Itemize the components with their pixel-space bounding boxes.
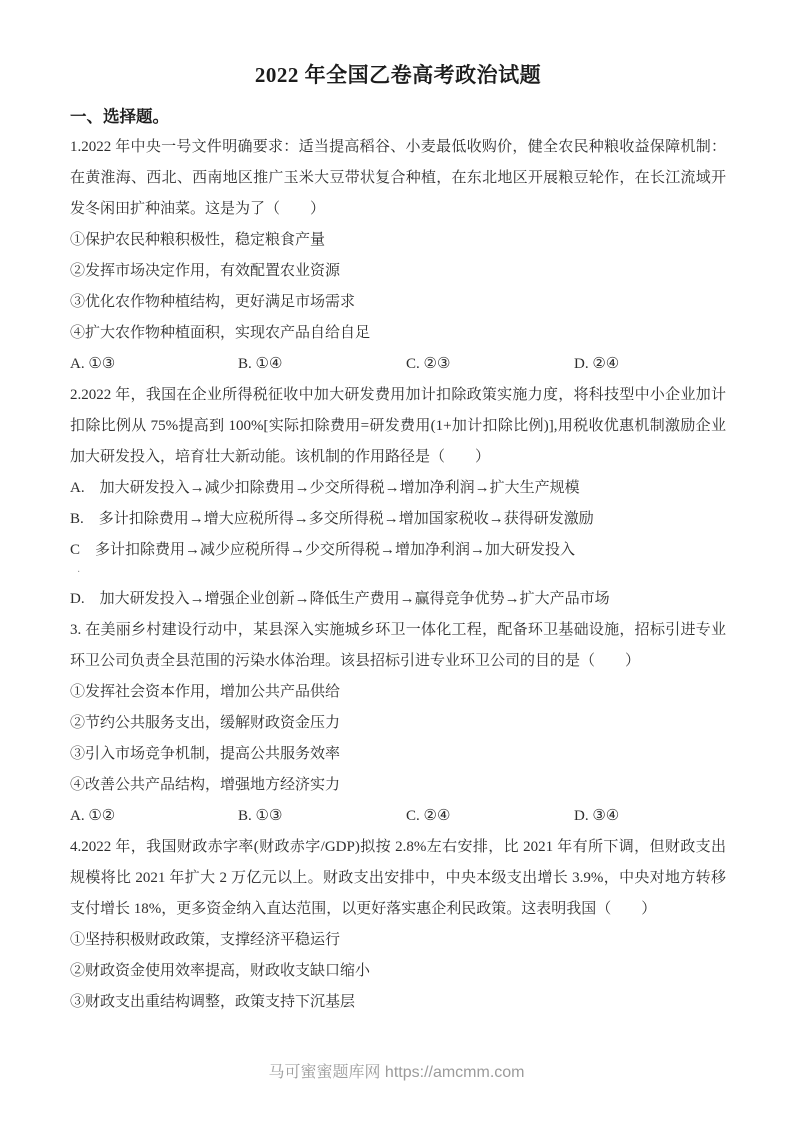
question-3-statement-3: ③引入市场竞争机制，提高公共服务效率 xyxy=(70,739,726,770)
document-content: 2022 年全国乙卷高考政治试题 一、选择题。 1.2022 年中央一号文件明确… xyxy=(70,0,726,1018)
scan-artifact-mark: · xyxy=(70,566,726,584)
section-heading: 一、选择题。 xyxy=(70,102,726,132)
question-1-choice-b: B. ①④ xyxy=(238,349,406,380)
question-2-choice-d: D. 加大研发投入→增强企业创新→降低生产费用→赢得竞争优势→扩大产品市场 xyxy=(70,584,726,615)
question-1-choice-c: C. ②③ xyxy=(406,349,574,380)
question-1-choices: A. ①③ B. ①④ C. ②③ D. ②④ xyxy=(70,349,726,380)
question-2-choice-b: B. 多计扣除费用→增大应税所得→多交所得税→增加国家税收→获得研发激励 xyxy=(70,504,726,535)
question-4-statement-2: ②财政资金使用效率提高，财政收支缺口缩小 xyxy=(70,956,726,987)
question-3-statement-2: ②节约公共服务支出，缓解财政资金压力 xyxy=(70,708,726,739)
question-2-stem: 2.2022 年，我国在企业所得税征收中加大研发费用加计扣除政策实施力度，将科技… xyxy=(70,380,726,473)
question-3-choice-c: C. ②④ xyxy=(406,801,574,832)
question-1-choice-a: A. ①③ xyxy=(70,349,238,380)
exam-document-page: 2022 年全国乙卷高考政治试题 一、选择题。 1.2022 年中央一号文件明确… xyxy=(0,0,793,1122)
question-1: 1.2022 年中央一号文件明确要求：适当提高稻谷、小麦最低收购价，健全农民种粮… xyxy=(70,132,726,380)
question-3-stem: 3. 在美丽乡村建设行动中，某县深入实施城乡环卫一体化工程，配备环卫基础设施，招… xyxy=(70,615,726,677)
question-4-statement-1: ①坚持积极财政政策，支撑经济平稳运行 xyxy=(70,925,726,956)
question-3-statement-1: ①发挥社会资本作用，增加公共产品供给 xyxy=(70,677,726,708)
question-2-choice-a: A. 加大研发投入→减少扣除费用→少交所得税→增加净利润→扩大生产规模 xyxy=(70,473,726,504)
question-4: 4.2022 年，我国财政赤字率(财政赤字/GDP)拟按 2.8%左右安排，比 … xyxy=(70,832,726,1018)
question-1-stem: 1.2022 年中央一号文件明确要求：适当提高稻谷、小麦最低收购价，健全农民种粮… xyxy=(70,132,726,225)
question-3-choice-d: D. ③④ xyxy=(574,801,726,832)
question-1-statement-2: ②发挥市场决定作用，有效配置农业资源 xyxy=(70,256,726,287)
watermark-footer: 马可蜜蜜题库网 https://amcmm.com xyxy=(0,1062,793,1084)
question-3-choice-b: B. ①③ xyxy=(238,801,406,832)
question-1-choice-d: D. ②④ xyxy=(574,349,726,380)
question-3-statement-4: ④改善公共产品结构，增强地方经济实力 xyxy=(70,770,726,801)
question-3-choice-a: A. ①② xyxy=(70,801,238,832)
question-4-stem: 4.2022 年，我国财政赤字率(财政赤字/GDP)拟按 2.8%左右安排，比 … xyxy=(70,832,726,925)
page-title: 2022 年全国乙卷高考政治试题 xyxy=(70,60,726,90)
question-1-statement-3: ③优化农作物种植结构，更好满足市场需求 xyxy=(70,287,726,318)
question-3-choices: A. ①② B. ①③ C. ②④ D. ③④ xyxy=(70,801,726,832)
question-2: 2.2022 年，我国在企业所得税征收中加大研发费用加计扣除政策实施力度，将科技… xyxy=(70,380,726,615)
question-1-statement-4: ④扩大农作物种植面积，实现农产品自给自足 xyxy=(70,318,726,349)
question-4-statement-3: ③财政支出重结构调整，政策支持下沉基层 xyxy=(70,987,726,1018)
question-2-choice-c: C 多计扣除费用→减少应税所得→少交所得税→增加净利润→加大研发投入 xyxy=(70,535,726,566)
question-1-statement-1: ①保护农民种粮积极性，稳定粮食产量 xyxy=(70,225,726,256)
question-3: 3. 在美丽乡村建设行动中，某县深入实施城乡环卫一体化工程，配备环卫基础设施，招… xyxy=(70,615,726,832)
